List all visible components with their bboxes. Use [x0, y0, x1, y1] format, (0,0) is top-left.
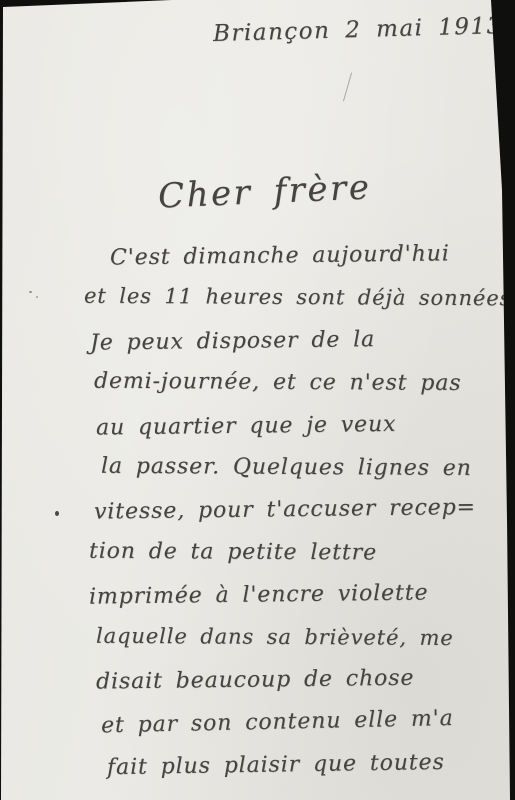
paper-scratch — [343, 72, 352, 101]
letter-line: vitesse, pour t'accuser recep= — [94, 486, 515, 534]
letter-body: C'est dimanche aujourd'hui et les 11 heu… — [0, 234, 515, 785]
letter-dateline: Briançon 2 mai 1913 — [213, 13, 503, 47]
letter-line: laquelle dans sa brièveté, me — [96, 614, 515, 659]
letter-salutation: Cher frère — [157, 167, 372, 216]
letter-line: demi-journée, et ce n'est pas — [94, 360, 515, 405]
letter-line: fait plus plaisir que toutes — [107, 739, 515, 788]
letter-line: et par son contenu elle m'a — [101, 696, 515, 747]
letter-line: C'est dimanche aujourd'hui — [110, 232, 515, 279]
letter-line: imprimée à l'encre violette — [89, 571, 515, 619]
letter-line: la passer. Quelques lignes en — [101, 445, 515, 490]
ink-speck — [29, 291, 32, 293]
scanned-letter: Briançon 2 mai 1913 Cher frère C'est dim… — [0, 0, 515, 800]
letter-line: disait beaucoup de chose — [96, 655, 515, 703]
letter-line: Je peux disposer de la — [90, 316, 515, 364]
letter-paper: Briançon 2 mai 1913 Cher frère C'est dim… — [0, 0, 515, 800]
letter-line: et les 11 heures sont déjà sonnées. — [84, 275, 515, 320]
ink-speck — [55, 511, 59, 516]
letter-line: au quartier que je veux — [96, 401, 515, 449]
letter-line: tion de ta petite lettre — [89, 529, 515, 574]
ink-speck — [36, 296, 38, 298]
